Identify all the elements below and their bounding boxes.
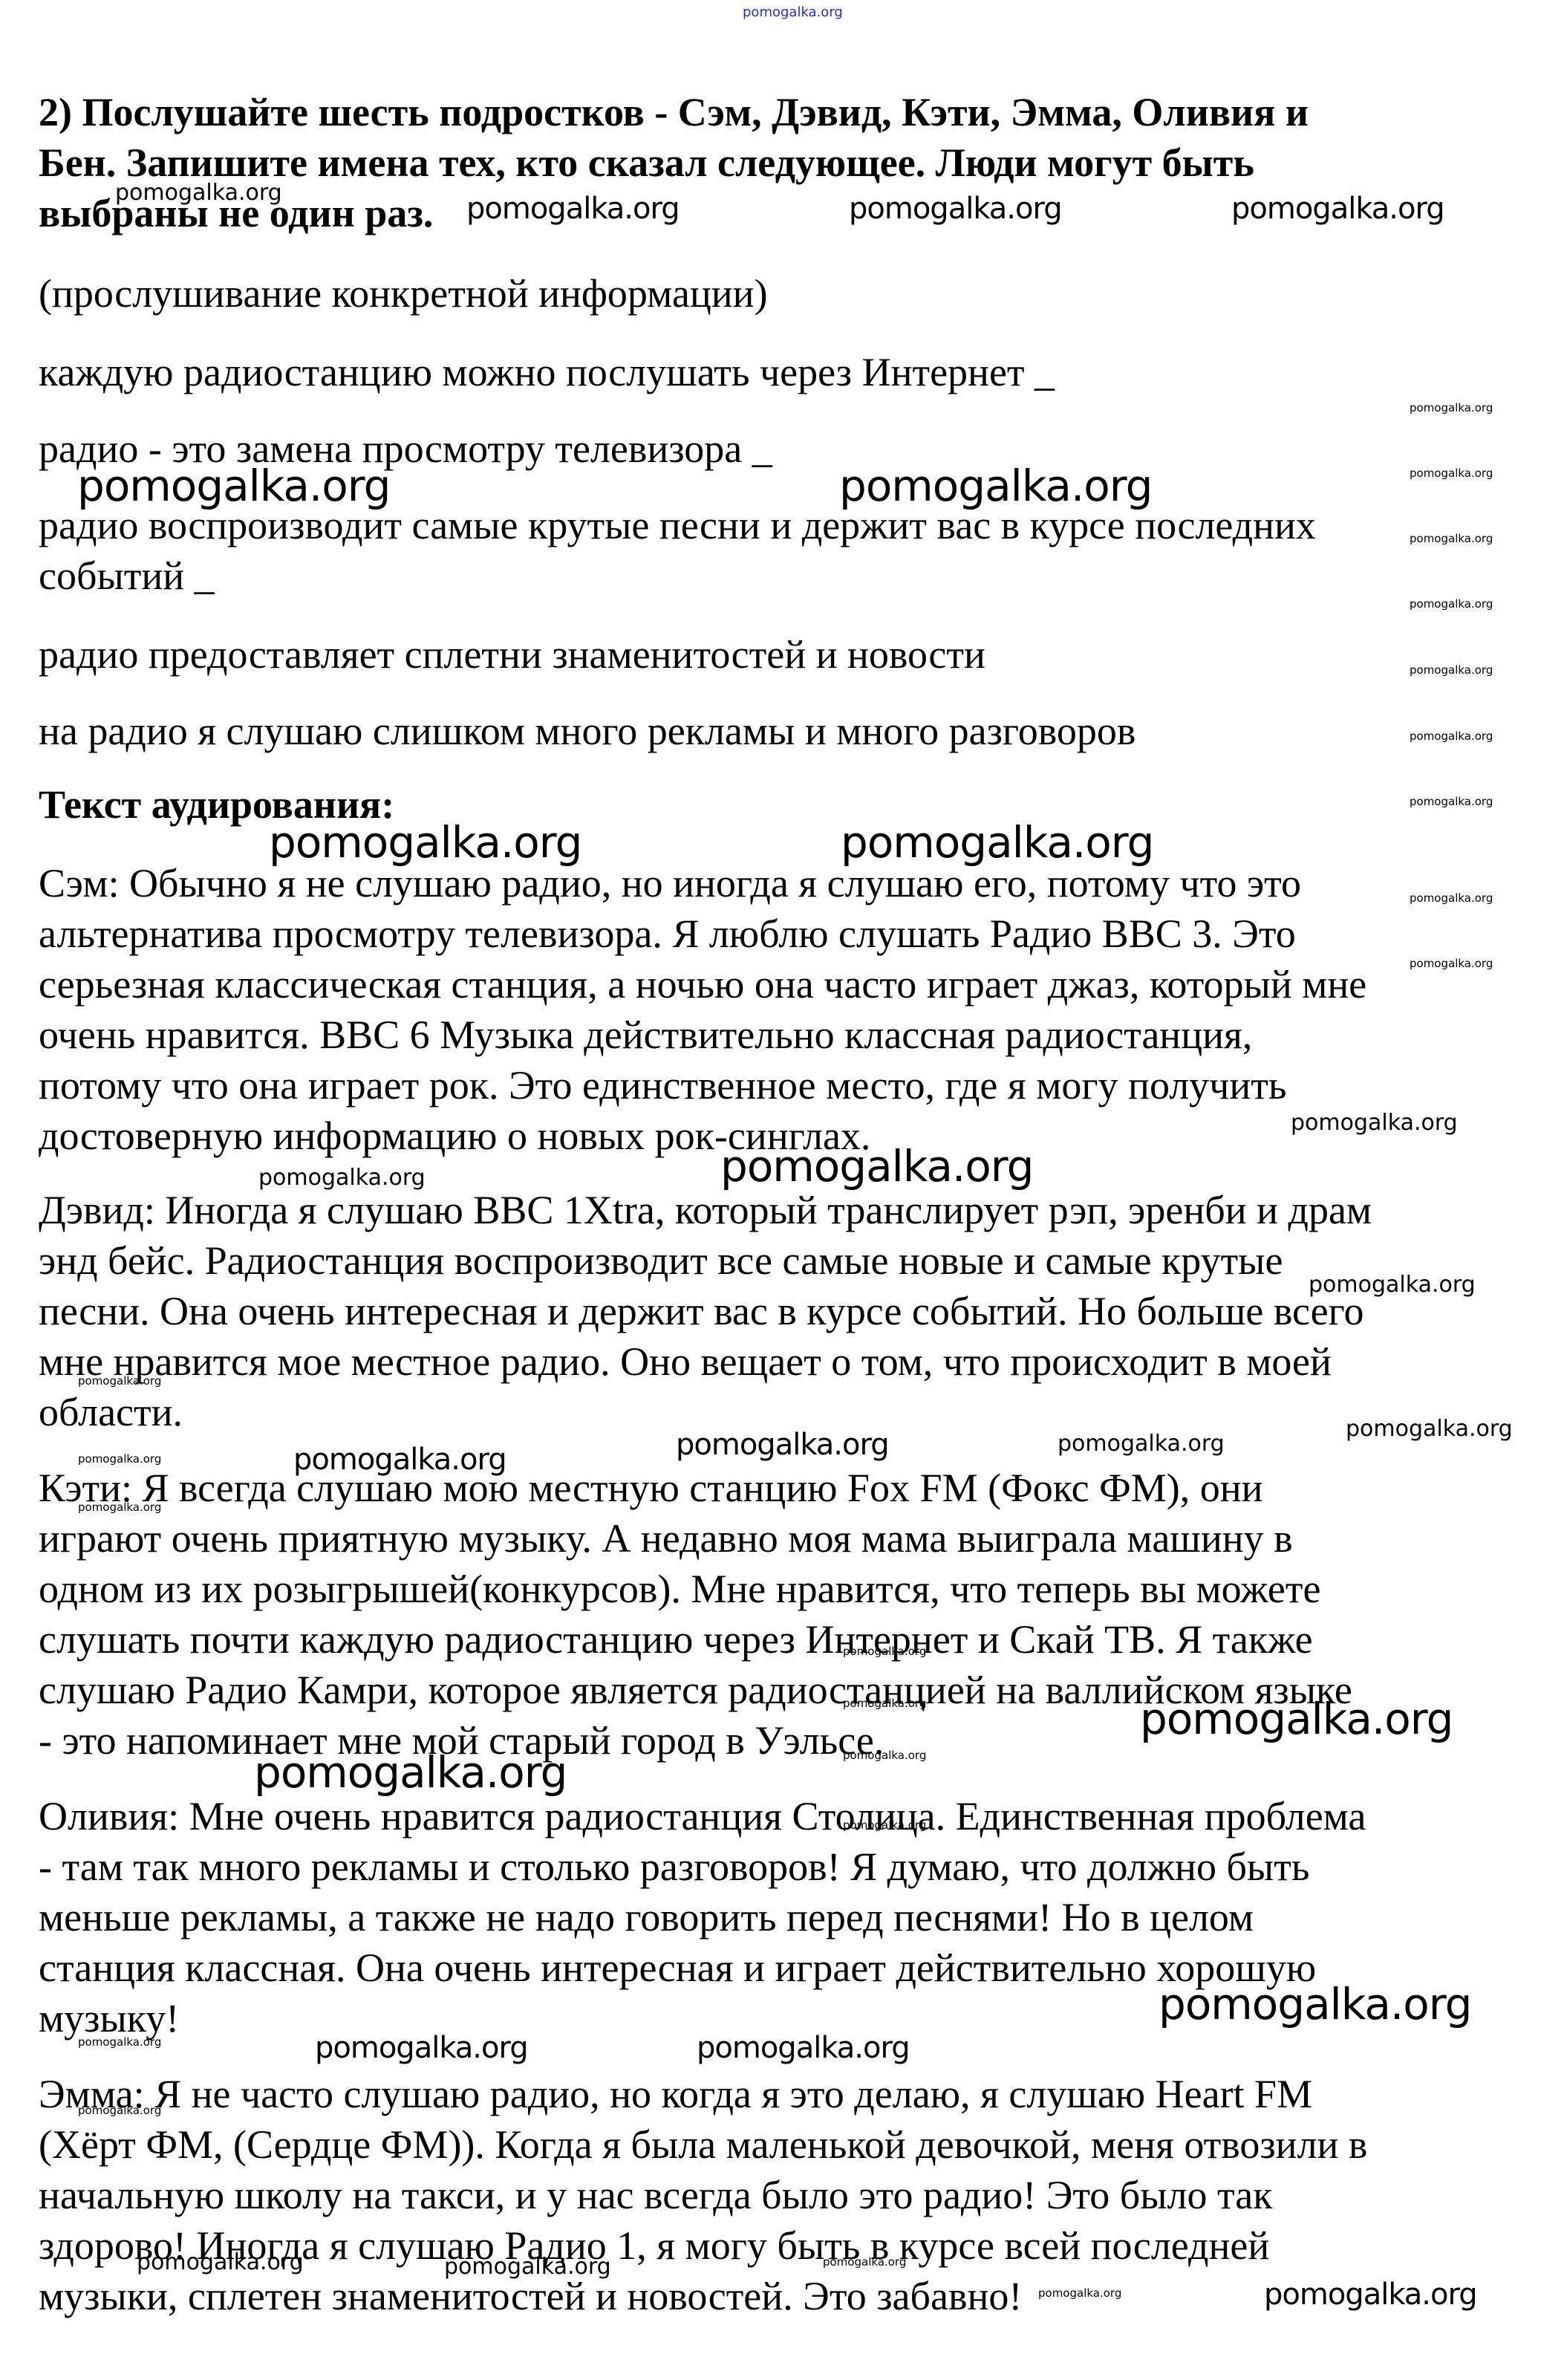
watermark: pomogalka.org: [1140, 1694, 1453, 1744]
watermark: pomogalka.org: [78, 1374, 161, 1388]
heading-line: Бен. Запишите имена тех, кто сказал след…: [39, 140, 1254, 186]
task-subtitle: (прослушивание конкретной информации): [39, 270, 768, 316]
watermark: pomogalka.org: [254, 1747, 567, 1798]
paragraph-line: очень нравится. BBC 6 Музыка действитель…: [39, 1012, 1252, 1058]
watermark: pomogalka.org: [1410, 795, 1493, 808]
watermark: pomogalka.org: [1346, 1416, 1513, 1442]
paragraph-line: начальную школу на такси, и у нас всегда…: [39, 2172, 1272, 2218]
watermark: pomogalka.org: [843, 1749, 926, 1762]
heading-line: 2) Послушайте шесть подростков - Сэм, Дэ…: [39, 89, 1309, 135]
watermark: pomogalka.org: [78, 2035, 161, 2049]
watermark: pomogalka.org: [115, 180, 282, 206]
watermark: pomogalka.org: [843, 1645, 926, 1658]
watermark: pomogalka.org: [1038, 2286, 1121, 2300]
paragraph-line: меньше рекламы, а также не надо говорить…: [39, 1894, 1254, 1940]
watermark: pomogalka.org: [1410, 957, 1493, 970]
statement-item: каждую радиостанцию можно послушать чере…: [39, 349, 1055, 395]
paragraph-line: - там так много рекламы и столько разгов…: [39, 1844, 1309, 1890]
watermark: pomogalka.org: [1410, 891, 1493, 905]
watermark: pomogalka.org: [1410, 729, 1493, 743]
paragraph-line: Оливия: Мне очень нравится радиостанция …: [39, 1793, 1366, 1839]
watermark: pomogalka.org: [78, 1452, 161, 1466]
paragraph-line: альтернатива просмотру телевизора. Я люб…: [39, 911, 1296, 957]
watermark: pomogalka.org: [137, 2249, 304, 2275]
watermark: pomogalka.org: [1410, 401, 1493, 414]
statement-item: на радио я слушаю слишком много рекламы …: [39, 708, 1135, 754]
document-page: pomogalka.org 2) Послушайте шесть подрос…: [0, 0, 1564, 2380]
watermark: pomogalka.org: [1264, 2277, 1477, 2312]
paragraph-line: музыку!: [39, 1995, 179, 2041]
watermark: pomogalka.org: [315, 2031, 528, 2065]
paragraph-line: песни. Она очень интересная и держит вас…: [39, 1288, 1363, 1334]
paragraph-line: станция классная. Она очень интересная и…: [39, 1945, 1316, 1991]
paragraph-line: (Хёрт ФМ, (Сердце ФМ)). Когда я была мал…: [39, 2121, 1367, 2168]
watermark: pomogalka.org: [839, 461, 1152, 511]
paragraph-line: слушать почти каждую радиостанцию через …: [39, 1616, 1313, 1662]
watermark: pomogalka.org: [823, 2255, 906, 2269]
paragraph-line: Дэвид: Иногда я слушаю BBC 1Xtra, которы…: [39, 1187, 1372, 1233]
watermark: pomogalka.org: [697, 2031, 910, 2065]
watermark: pomogalka.org: [1410, 532, 1493, 545]
watermark: pomogalka.org: [849, 192, 1062, 226]
paragraph-line: играют очень приятную музыку. А недавно …: [39, 1515, 1293, 1561]
paragraph-line: энд бейс. Радиостанция воспроизводит все…: [39, 1238, 1283, 1284]
paragraph-line: одном из их розыгрышей(конкурсов). Мне н…: [39, 1566, 1320, 1612]
watermark: pomogalka.org: [1291, 1110, 1458, 1136]
watermark: pomogalka.org: [444, 2254, 611, 2280]
watermark: pomogalka.org: [1410, 663, 1493, 677]
watermark: pomogalka.org: [1231, 192, 1444, 226]
paragraph-line: мне нравится мое местное радио. Оно веща…: [39, 1339, 1332, 1385]
watermark: pomogalka.org: [843, 1697, 926, 1710]
watermark: pomogalka.org: [77, 461, 390, 511]
watermark: pomogalka.org: [1410, 466, 1493, 480]
paragraph-line: серьезная классическая станция, а ночью …: [39, 961, 1366, 1007]
watermark: pomogalka.org: [841, 817, 1153, 868]
statement-item-continued: событий _: [39, 553, 215, 599]
watermark: pomogalka.org: [269, 817, 581, 868]
paragraph-line: потому что она играет рок. Это единствен…: [39, 1062, 1286, 1108]
watermark: pomogalka.org: [466, 192, 680, 226]
paragraph-line: музыки, сплетен знаменитостей и новостей…: [39, 2273, 1022, 2319]
paragraph-line: Эмма: Я не часто слушаю радио, но когда …: [39, 2071, 1312, 2117]
paragraph-line: Кэти: Я всегда слушаю мою местную станци…: [39, 1465, 1263, 1511]
watermark: pomogalka.org: [78, 2104, 161, 2117]
watermark: pomogalka.org: [1058, 1431, 1225, 1457]
watermark: pomogalka.org: [1410, 597, 1493, 611]
watermark: pomogalka.org: [1309, 1272, 1476, 1298]
watermark: pomogalka.org: [720, 1141, 1033, 1191]
watermark: pomogalka.org: [78, 1500, 161, 1514]
watermark: pomogalka.org: [676, 1428, 889, 1462]
watermark: pomogalka.org: [293, 1443, 506, 1477]
top-watermark: pomogalka.org: [743, 4, 843, 20]
watermark: pomogalka.org: [258, 1165, 426, 1191]
statement-item: радио предоставляет сплетни знаменитосте…: [39, 631, 985, 677]
paragraph-line: области.: [39, 1389, 183, 1435]
watermark: pomogalka.org: [1159, 1979, 1471, 2029]
watermark: pomogalka.org: [843, 1818, 926, 1832]
